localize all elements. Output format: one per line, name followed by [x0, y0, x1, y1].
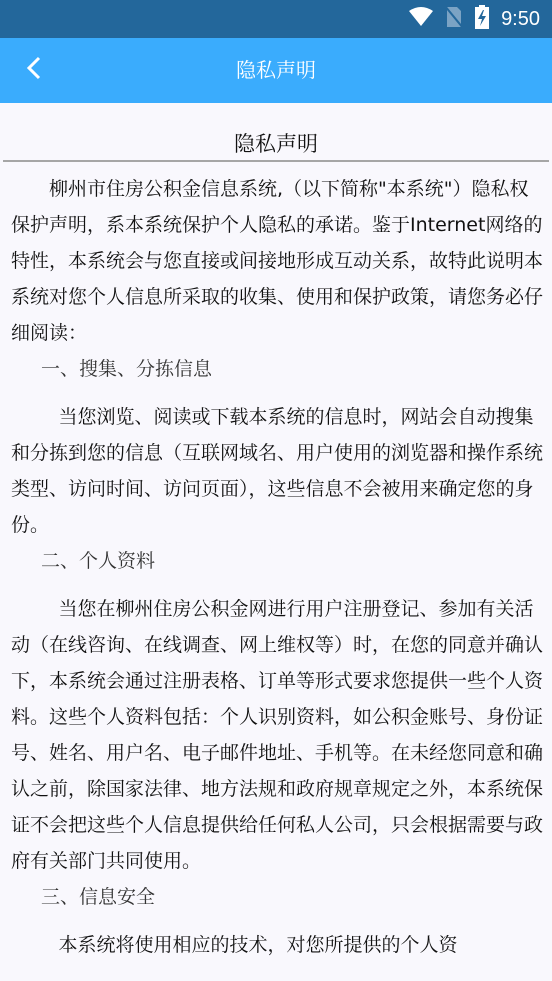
back-button[interactable] [16, 52, 52, 88]
chevron-left-icon [26, 56, 42, 84]
section-heading: 二、个人资料 [11, 543, 544, 579]
toolbar-title: 隐私声明 [0, 38, 552, 103]
privacy-content[interactable]: 隐私声明 柳州市住房公积金信息系统,（以下简称"本系统"）隐私权保护声明，系本系… [0, 103, 552, 981]
status-time: 9:50 [501, 8, 540, 31]
section-heading: 三、信息安全 [11, 879, 544, 915]
status-bar: 9:50 [0, 0, 552, 38]
intro-paragraph: 柳州市住房公积金信息系统,（以下简称"本系统"）隐私权保护声明，系本系统保护个人… [11, 171, 544, 351]
toolbar: 隐私声明 [0, 38, 552, 103]
title-divider [3, 160, 549, 162]
battery-charging-icon [475, 5, 489, 33]
section-body: 当您在柳州住房公积金网进行用户注册登记、参加有关活动（在线咨询、在线调查、网上维… [11, 591, 544, 879]
document-title: 隐私声明 [0, 128, 552, 158]
document-body: 柳州市住房公积金信息系统,（以下简称"本系统"）隐私权保护声明，系本系统保护个人… [11, 171, 544, 963]
status-icons: 9:50 [409, 0, 540, 38]
section-heading: 一、搜集、分拣信息 [11, 351, 544, 387]
no-sim-icon [445, 6, 463, 32]
section-body: 本系统将使用相应的技术，对您所提供的个人资 [11, 927, 544, 963]
section-body: 当您浏览、阅读或下载本系统的信息时，网站会自动搜集和分拣到您的信息（互联网域名、… [11, 399, 544, 543]
wifi-icon [409, 7, 433, 31]
